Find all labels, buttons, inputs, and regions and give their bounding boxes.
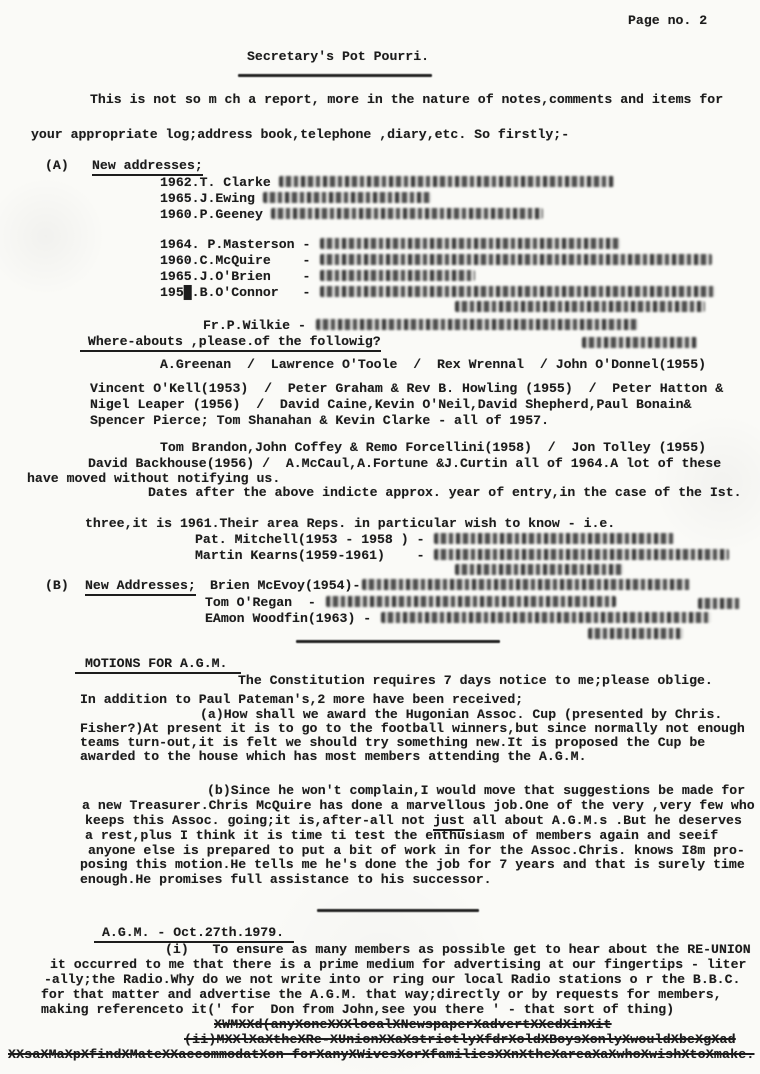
whereabouts-heading-text: Where-abouts ,please.of the followig? [80, 334, 381, 352]
motion-a-line: (a)How shall we award the Hugonian Assoc… [200, 708, 722, 722]
address-line: Brien McEvoy(1954)- [210, 579, 690, 593]
entry-name: EAmon Woodfin(1963) - [205, 611, 379, 626]
motion-b-line: a rest,plus I think it is time ti test t… [85, 829, 718, 843]
motion-a-line: teams turn-out,it is felt we should try … [80, 736, 705, 750]
agm-heading: A.G.M. - Oct.27th.1979. [102, 926, 294, 940]
redacted-address-smudge [320, 254, 712, 265]
whereabouts-heading: Where-abouts ,please.of the followig? [80, 335, 381, 349]
struck-out-line: XXsaXMaXpXfindXMateXXaccommodatXon forXa… [8, 1048, 754, 1062]
redacted-address-smudge [320, 270, 475, 281]
redacted-address-smudge [320, 238, 620, 249]
whereabouts-line: Spencer Pierce; Tom Shanahan & Kevin Cla… [90, 414, 549, 428]
whereabouts-line: Vincent O'Kell(1953) / Peter Graham & Re… [90, 382, 723, 396]
redacted-address-smudge [271, 208, 543, 219]
intro-line: your appropriate log;address book,teleph… [31, 128, 569, 142]
redacted-address-smudge [326, 596, 616, 607]
entry-name: 1962.T. Clarke [160, 175, 271, 190]
motion-b-line: anyone else is prepared to put a bit of … [88, 844, 745, 858]
motion-b-line: keeps this Assoc. going;it is,after-all … [85, 814, 742, 828]
page-title: Secretary's Pot Pourri. [247, 50, 429, 64]
motion-a-line: awarded to the house which has most memb… [80, 750, 586, 764]
whereabouts-line: Dates after the above indicte approx. ye… [148, 486, 742, 500]
motion-b-line: (b)Since he won't complain,I would move … [207, 784, 745, 798]
section-divider [317, 909, 479, 912]
redacted-address-smudge [434, 549, 729, 560]
address-line: Tom O'Regan - [205, 596, 616, 610]
redacted-address-smudge [263, 192, 431, 203]
entry-name: 1965.J.Ewing [160, 191, 255, 206]
agm-line: making referenceto it(' for Don from Joh… [41, 1003, 674, 1017]
address-line: 1965.J.Ewing [160, 192, 431, 206]
section-a-heading-text: New addresses; [92, 158, 203, 176]
motion-a-line: Fisher?)At present it is to go to the fo… [80, 722, 745, 736]
agm-heading-text: A.G.M. - Oct.27th.1979. [94, 925, 294, 943]
whereabouts-line: A.Greenan / Lawrence O'Toole / Rex Wrenn… [160, 358, 706, 372]
redacted-address-smudge [698, 598, 740, 609]
entry-name: Brien McEvoy(1954)- [210, 578, 360, 593]
address-line: EAmon Woodfin(1963) - [205, 612, 711, 626]
whereabouts-line: three,it is 1961.Their area Reps. in par… [85, 517, 615, 531]
redacted-address-smudge [362, 579, 690, 590]
entry-name: Pat. Mitchell(1953 - 1958 ) - [195, 532, 432, 547]
motions-heading-text: MOTIONS FOR A.G.M. [75, 656, 241, 674]
redacted-address-smudge [381, 612, 711, 623]
struck-out-line: (ii)MXXlXaXtheXRe-XUnionXXaXstrictlyXfdr… [184, 1033, 736, 1047]
motion-b-line: enough.He promises full assistance to hi… [80, 873, 492, 887]
address-line: Pat. Mitchell(1953 - 1958 ) - [195, 533, 674, 547]
redacted-address-smudge [279, 176, 614, 187]
address-line: 1962.T. Clarke [160, 176, 614, 190]
redacted-address-smudge [434, 533, 674, 544]
entry-name: Fr.P.Wilkie - [203, 318, 314, 333]
entry-name: Martin Kearns(1959-1961) - [195, 548, 432, 563]
address-line: 195█.B.O'Connor - [160, 286, 715, 300]
agm-line: for that matter and advertise the A.G.M.… [41, 988, 722, 1002]
motion-b-text: all about A.G.M.s .But he deserves [465, 813, 742, 828]
address-line: 1965.J.O'Brien - [160, 270, 475, 284]
whereabouts-line: David Backhouse(1956) / A.McCaul,A.Fortu… [88, 457, 721, 471]
document-page: Page no. 2 Secretary's Pot Pourri. This … [0, 0, 760, 1074]
section-b-label: (B) [45, 579, 69, 593]
address-line: Fr.P.Wilkie - [203, 319, 638, 333]
struck-out-line: XWMXXd(anyXoneXXXlocalXNewspaperXadvertX… [214, 1018, 612, 1032]
whereabouts-line: Tom Brandon,John Coffey & Remo Forcellin… [160, 441, 706, 455]
motions-heading: MOTIONS FOR A.G.M. [85, 657, 241, 671]
agm-line: (i) To ensure as many members as possibl… [165, 943, 751, 957]
redacted-address-smudge [320, 286, 715, 297]
entry-name: Tom O'Regan - [205, 595, 324, 610]
motions-intro: In addition to Paul Pateman's,2 more hav… [80, 693, 523, 707]
section-a-label: (A) [45, 159, 69, 173]
section-b-heading: New Addresses; [85, 579, 196, 593]
redacted-address-smudge [316, 319, 638, 330]
redacted-address-smudge [455, 301, 705, 312]
entry-name: 1964. P.Masterson - [160, 237, 318, 252]
entry-name: 1965.J.O'Brien - [160, 269, 318, 284]
intro-line: This is not so m ch a report, more in th… [90, 93, 723, 107]
address-line: 1960.C.McQuire - [160, 254, 712, 268]
motion-b-text: keeps this Assoc. going;it is,after-all … [85, 813, 433, 828]
address-line: 1960.P.Geeney [160, 208, 543, 222]
redacted-address-smudge [455, 564, 623, 575]
section-a-heading: New addresses; [92, 159, 203, 173]
entry-name: 195█.B.O'Connor - [160, 285, 318, 300]
motion-b-line: a new Treasurer.Chris McQuire has done a… [82, 799, 755, 813]
whereabouts-line: Nigel Leaper (1956) / David Caine,Kevin … [90, 398, 691, 412]
motions-notice: The Constitution requires 7 days notice … [238, 674, 713, 688]
motion-b-line: posing this motion.He tells me he's done… [80, 858, 745, 872]
redacted-address-smudge [582, 337, 697, 348]
section-b-heading-text: New Addresses; [85, 578, 196, 596]
agm-line: -ally;the Radio.Why do we not write into… [44, 973, 740, 987]
entry-name: 1960.P.Geeney [160, 207, 263, 222]
section-divider [296, 640, 500, 643]
address-line: 1964. P.Masterson - [160, 238, 620, 252]
page-number: Page no. 2 [628, 14, 707, 28]
agm-line: it occurred to me that there is a prime … [50, 958, 746, 972]
redacted-address-smudge [588, 628, 683, 639]
address-line: Martin Kearns(1959-1961) - [195, 549, 729, 563]
whereabouts-line: have moved without notifying us. [27, 472, 280, 486]
entry-name: 1960.C.McQuire - [160, 253, 318, 268]
title-underline [238, 74, 432, 77]
